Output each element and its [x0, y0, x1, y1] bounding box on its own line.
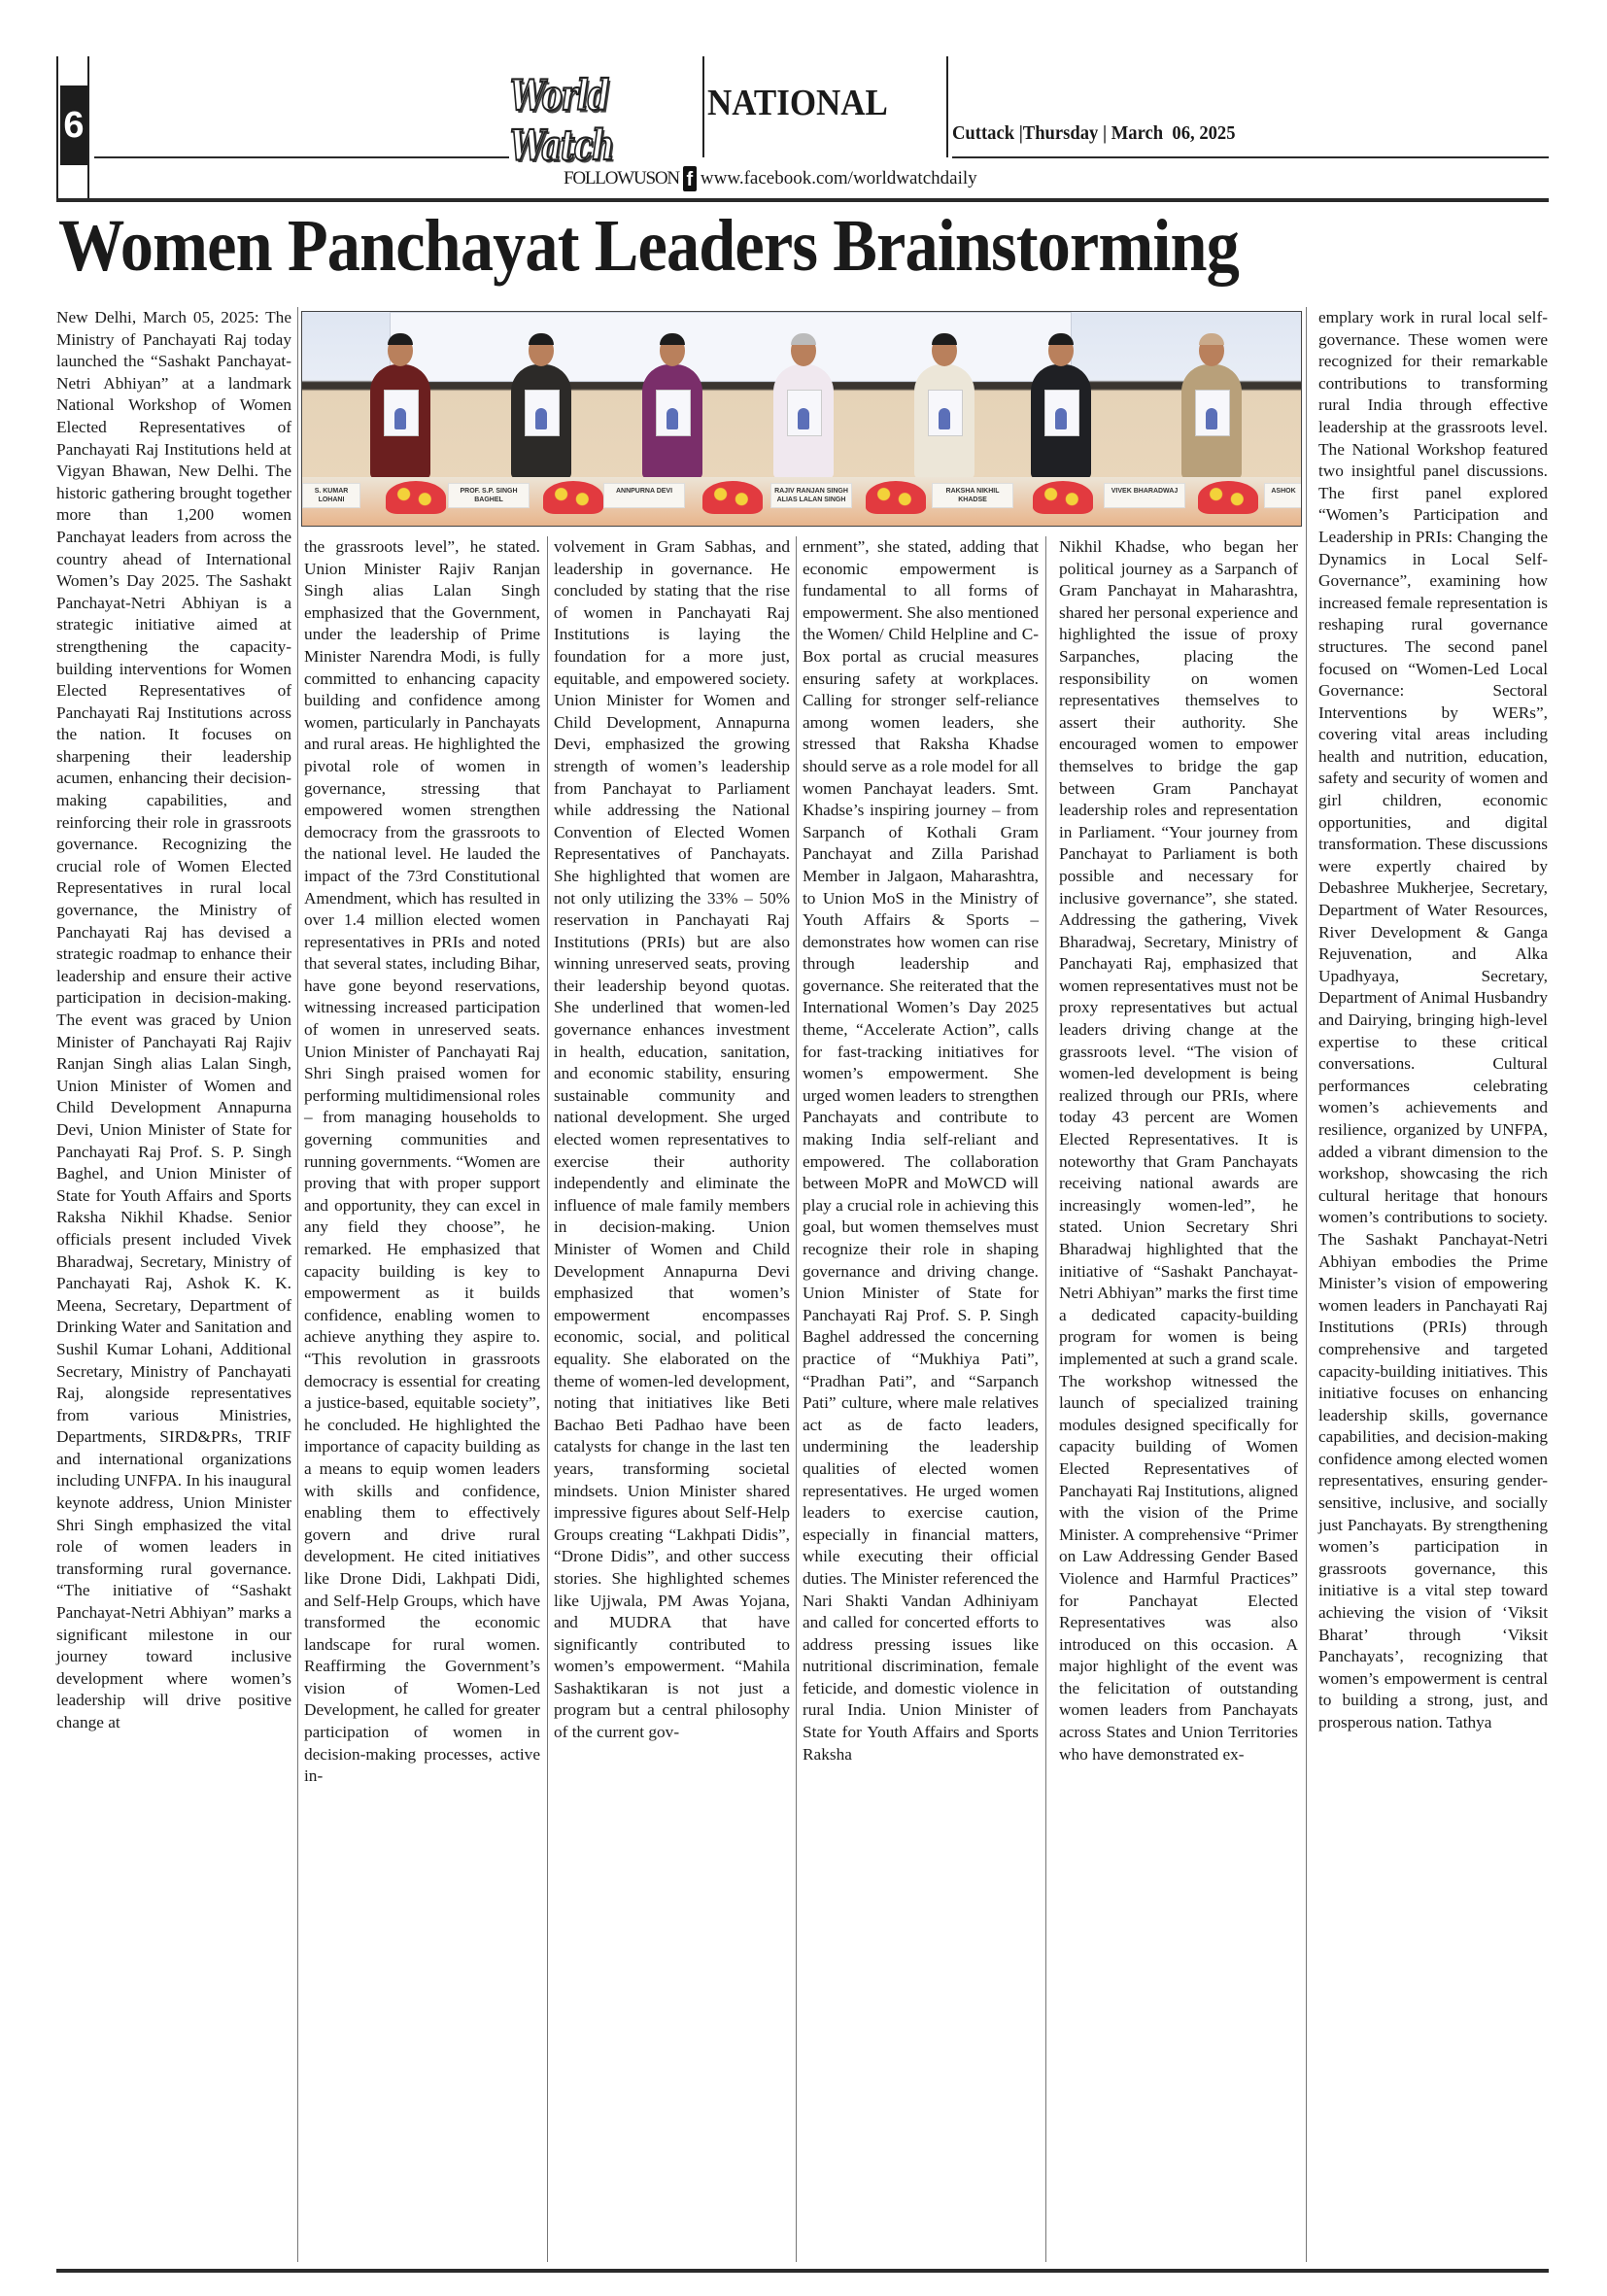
- section-divider-right: [946, 56, 948, 157]
- name-placard: RAKSHA NIKHIL KHADSE: [932, 483, 1013, 508]
- column-divider: [297, 307, 298, 2262]
- left-border-rule: [56, 56, 58, 200]
- article-column-4: ernment”, she stated, adding that econom…: [803, 536, 1039, 2262]
- person: [914, 364, 974, 479]
- name-placard: RAJIV RANJAN SINGH ALIAS LALAN SINGH: [770, 483, 852, 508]
- headline: Women Panchayat Leaders Brainstorming: [58, 202, 1400, 290]
- page-number-rule: [87, 56, 89, 200]
- section-divider-left: [702, 56, 704, 157]
- article-text: volvement in Gram Sabhas, and leadership…: [554, 536, 790, 1744]
- page-number: 6: [60, 86, 87, 165]
- person: [642, 364, 702, 479]
- flower-arrangement: [386, 481, 446, 514]
- name-placard: ASHOK: [1264, 483, 1302, 508]
- projection-screen: [390, 312, 1072, 382]
- article-photo: S. KUMAR LOHANI PROF. S.P. SINGH BAGHEL …: [301, 311, 1302, 527]
- masthead-left-underline: [94, 156, 509, 158]
- dateline: Cuttack |Thursday | March 06, 2025: [952, 122, 1236, 145]
- name-placard: VIVEK BHARADWAJ: [1104, 483, 1185, 508]
- article-text: New Delhi, March 05, 2025: The Ministry …: [56, 307, 291, 1734]
- article-column-5: Nikhil Khadse, who began her political j…: [1059, 536, 1298, 2262]
- article-text: the grassroots level”, he stated. Union …: [304, 536, 540, 1788]
- article-column-6: emplary work in rural local self-governa…: [1318, 307, 1548, 2262]
- person: [1181, 364, 1242, 479]
- column-divider: [796, 536, 797, 2262]
- facebook-icon: f: [683, 166, 697, 191]
- column-divider: [1306, 307, 1307, 2262]
- article-text: emplary work in rural local self-governa…: [1318, 307, 1548, 1734]
- follow-us-bar: FOLLOWUSON f www.facebook.com/worldwatch…: [564, 167, 977, 190]
- name-placard: ANNPURNA DEVI: [603, 483, 685, 508]
- name-placard: S. KUMAR LOHANI: [302, 483, 360, 508]
- person: [1031, 364, 1091, 479]
- flower-arrangement: [866, 481, 926, 514]
- person: [511, 364, 571, 479]
- article-text: ernment”, she stated, adding that econom…: [803, 536, 1039, 1765]
- section-title: NATIONAL: [707, 82, 888, 124]
- facebook-link[interactable]: www.facebook.com/worldwatchdaily: [701, 168, 977, 189]
- article-column-1: New Delhi, March 05, 2025: The Ministry …: [56, 307, 291, 2262]
- article-column-3: volvement in Gram Sabhas, and leadership…: [554, 536, 790, 2262]
- article-column-2: the grassroots level”, he stated. Union …: [304, 536, 540, 2262]
- masthead-right-underline: [952, 156, 1549, 158]
- flower-arrangement: [1198, 481, 1258, 514]
- flower-arrangement: [1033, 481, 1093, 514]
- column-divider: [1045, 536, 1046, 2262]
- newspaper-logo: World Watch: [510, 69, 702, 171]
- name-placard: PROF. S.P. SINGH BAGHEL: [448, 483, 530, 508]
- follow-us-label: FOLLOWUSON: [564, 168, 679, 189]
- column-divider: [547, 536, 548, 2262]
- flower-arrangement: [702, 481, 763, 514]
- person: [773, 364, 834, 479]
- person: [370, 364, 430, 479]
- page-bottom-rule: [56, 2269, 1549, 2273]
- flower-arrangement: [543, 481, 603, 514]
- article-text: Nikhil Khadse, who began her political j…: [1059, 536, 1298, 1765]
